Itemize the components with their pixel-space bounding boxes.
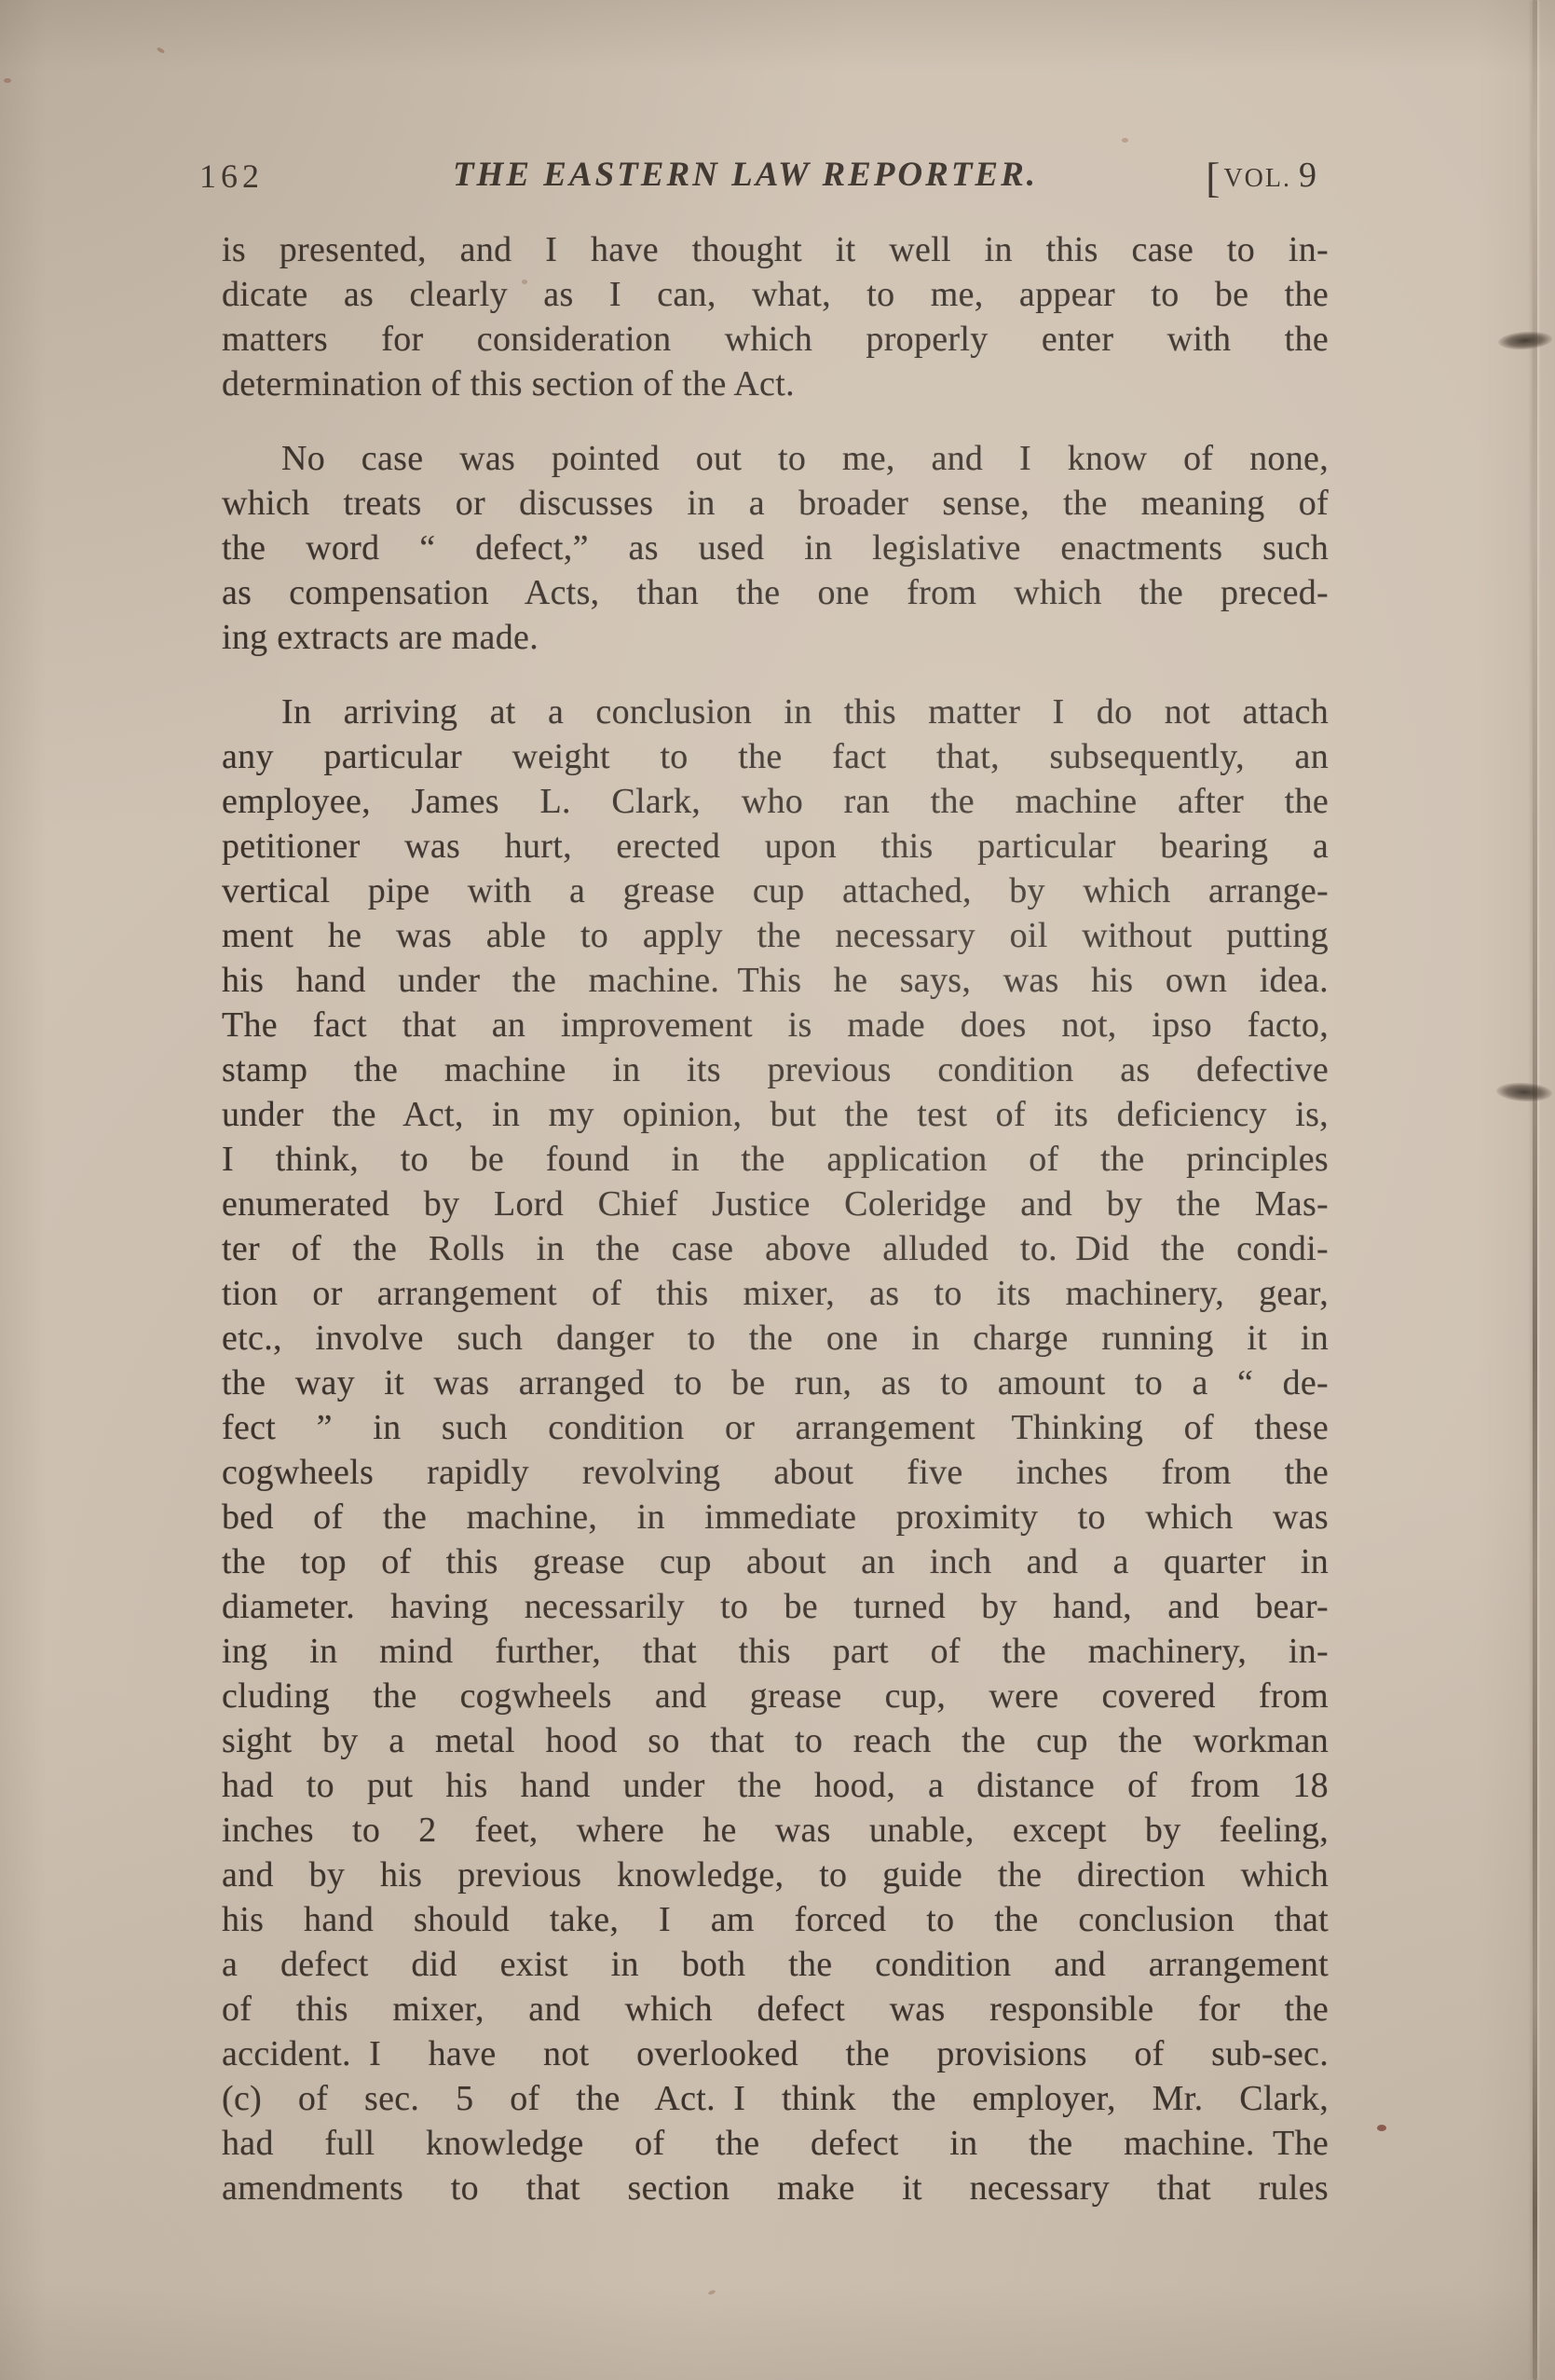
volume-bracket: [: [1206, 154, 1223, 201]
paragraph: No case was pointed out to me, and I kno…: [222, 436, 1329, 660]
text-line: is presented, and I have thought it well…: [222, 227, 1329, 272]
text-line: cogwheels rapidly revolving about five i…: [222, 1450, 1329, 1495]
text-line: The fact that an improvement is made doe…: [222, 1003, 1329, 1047]
text-line: the word “ defect,” as used in legislati…: [222, 526, 1329, 570]
paper-speck: [708, 2290, 716, 2295]
text-line: No case was pointed out to me, and I kno…: [222, 436, 1329, 481]
text-line: which treats or discusses in a broader s…: [222, 481, 1329, 526]
book-page: 162 THE EASTERN LAW REPORTER. [VOL.9 is …: [0, 0, 1555, 2380]
text-line: as compensation Acts, than the one from …: [222, 570, 1329, 615]
text-line: of this mixer, and which defect was resp…: [222, 1987, 1329, 2031]
text-line: determination of this section of the Act…: [222, 362, 1329, 406]
text-line: fect ” in such condition or arrangement …: [222, 1405, 1329, 1450]
paper-speck: [1377, 2125, 1386, 2131]
text-line: stamp the machine in its previous condit…: [222, 1047, 1329, 1092]
text-line: petitioner was hurt, erected upon this p…: [222, 824, 1329, 869]
text-line: had to put his hand under the hood, a di…: [222, 1763, 1329, 1808]
volume-text: VOL.: [1223, 164, 1291, 193]
text-line: under the Act, in my opinion, but the te…: [222, 1092, 1329, 1137]
paper-speck: [4, 78, 11, 83]
text-line: amendments to that section make it neces…: [222, 2166, 1329, 2210]
running-title: THE EASTERN LAW REPORTER.: [280, 155, 1211, 195]
text-line: ter of the Rolls in the case above allud…: [222, 1226, 1329, 1271]
text-line: ing extracts are made.: [222, 615, 1329, 660]
text-line: diameter. having necessarily to be turne…: [222, 1584, 1329, 1629]
text-line: I think, to be found in the application …: [222, 1137, 1329, 1182]
paper-speck: [1122, 138, 1128, 143]
text-line: bed of the machine, in immediate proximi…: [222, 1495, 1329, 1539]
text-line: tion or arrangement of this mixer, as to…: [222, 1271, 1329, 1316]
paragraph: In arriving at a conclusion in this matt…: [222, 690, 1329, 2210]
page-fold-crease: [1533, 0, 1537, 2380]
text-line: vertical pipe with a grease cup attached…: [222, 869, 1329, 913]
text-line: the way it was arranged to be run, as to…: [222, 1361, 1329, 1405]
text-line: In arriving at a conclusion in this matt…: [222, 690, 1329, 734]
ink-smudge: [1496, 1081, 1553, 1102]
text-line: sight by a metal hood so that to reach t…: [222, 1718, 1329, 1763]
text-line: had full knowledge of the defect in the …: [222, 2121, 1329, 2166]
volume-label: [VOL.9: [1206, 153, 1316, 202]
ink-smudge: [1497, 330, 1552, 351]
text-line: ing in mind further, that this part of t…: [222, 1629, 1329, 1674]
text-line: accident. I have not overlooked the prov…: [222, 2031, 1329, 2076]
text-line: his hand under the machine. This he says…: [222, 958, 1329, 1003]
text-line: inches to 2 feet, where he was unable, e…: [222, 1808, 1329, 1853]
volume-number: 9: [1291, 156, 1316, 195]
page-number: 162: [199, 157, 264, 196]
text-line: a defect did exist in both the condition…: [222, 1942, 1329, 1987]
text-line: any particular weight to the fact that, …: [222, 734, 1329, 779]
text-line: (c) of sec. 5 of the Act. I think the em…: [222, 2076, 1329, 2121]
text-line: cluding the cogwheels and grease cup, we…: [222, 1674, 1329, 1718]
paragraph: is presented, and I have thought it well…: [222, 227, 1329, 406]
text-line: and by his previous knowledge, to guide …: [222, 1853, 1329, 1897]
text-line: matters for consideration which properly…: [222, 317, 1329, 362]
text-line: enumerated by Lord Chief Justice Colerid…: [222, 1182, 1329, 1226]
text-line: the top of this grease cup about an inch…: [222, 1539, 1329, 1584]
text-line: etc., involve such danger to the one in …: [222, 1316, 1329, 1361]
text-line: employee, James L. Clark, who ran the ma…: [222, 779, 1329, 824]
body-text: is presented, and I have thought it well…: [222, 227, 1329, 2210]
text-line: dicate as clearly as I can, what, to me,…: [222, 272, 1329, 317]
paper-speck: [157, 47, 166, 54]
text-line: ment he was able to apply the necessary …: [222, 913, 1329, 958]
paper-speck: [522, 280, 527, 284]
text-line: his hand should take, I am forced to the…: [222, 1897, 1329, 1942]
